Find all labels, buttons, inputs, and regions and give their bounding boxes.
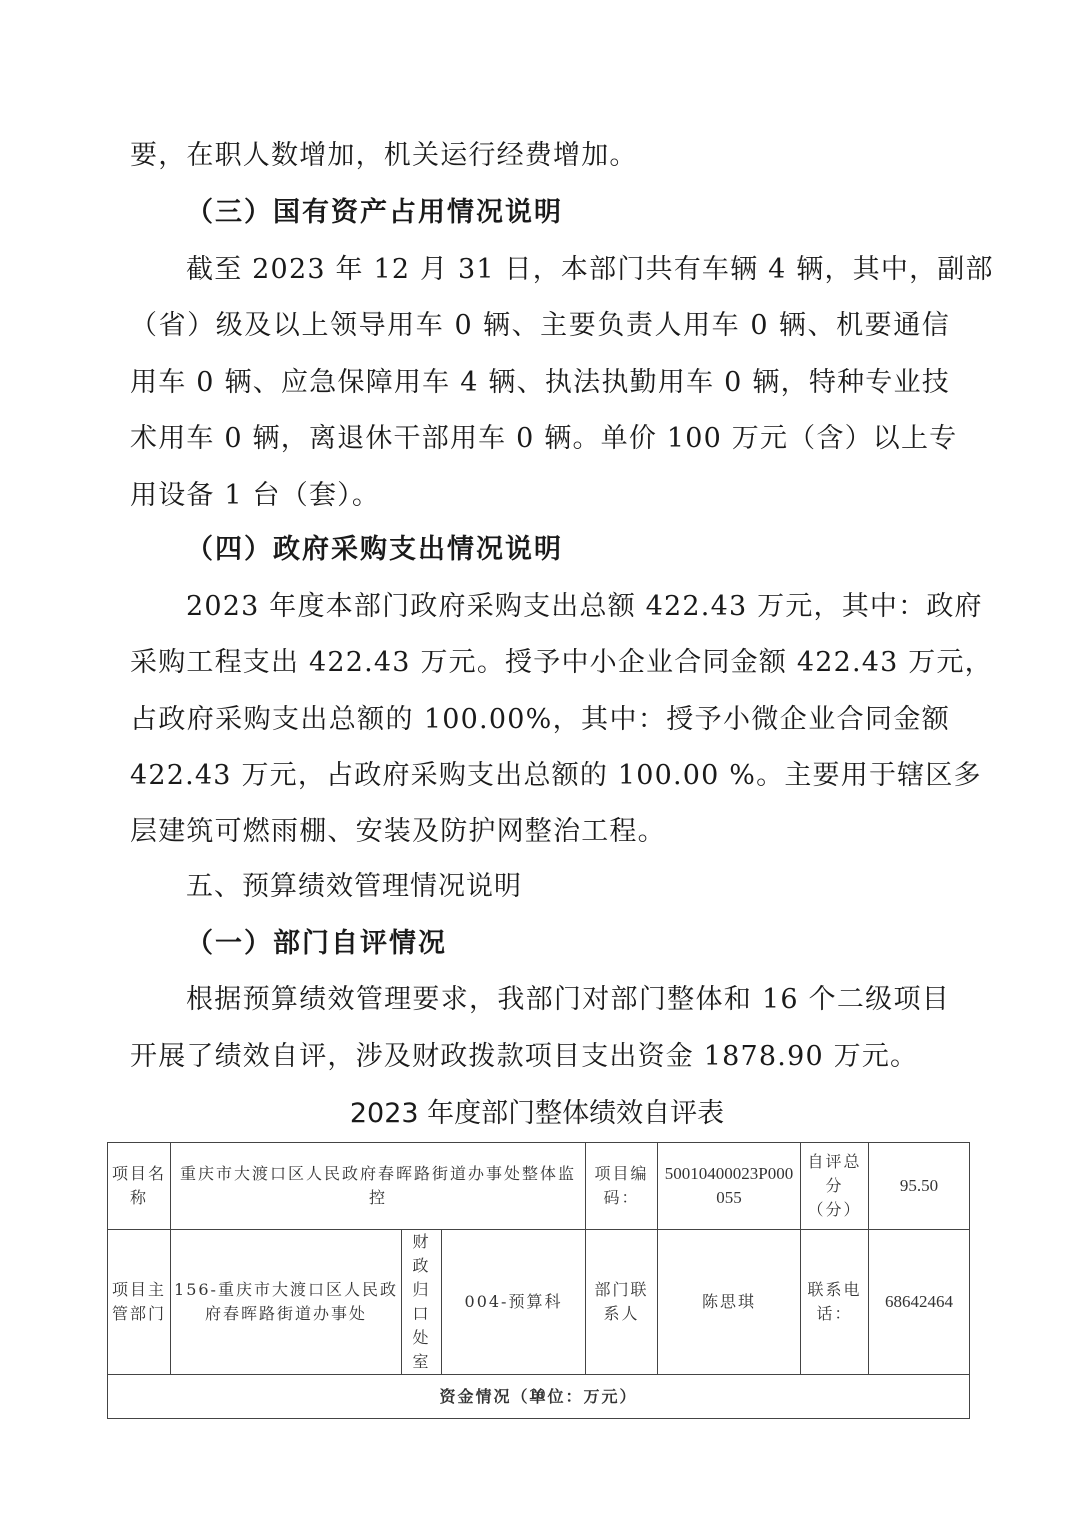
label-phone: 联系电话： <box>801 1230 869 1375</box>
section-4-line-2: 采购工程支出 422.43 万元。授予中小企业合同金额 422.43 万元， <box>130 643 950 683</box>
label-finance-office: 财政归口处室 <box>402 1230 442 1375</box>
contact-person: 陈思琪 <box>658 1230 801 1375</box>
page-number: 10 <box>0 1386 1074 1403</box>
section-3-line-1: 截至 2023 年 12 月 31 日，本部门共有车辆 4 辆，其中，副部 <box>186 250 950 290</box>
paragraph-continuation: 要，在职人数增加，机关运行经费增加。 <box>130 136 950 176</box>
section-4-line-1: 2023 年度本部门政府采购支出总额 422.43 万元，其中：政府 <box>186 587 950 627</box>
section-3-line-5: 用设备 1 台（套）。 <box>130 476 950 516</box>
label-contact: 部门联系人 <box>586 1230 658 1375</box>
table-row: 项目主管部门 156-重庆市大渡口区人民政府春晖路街道办事处 财政归口处室 00… <box>108 1230 970 1375</box>
self-score: 95.50 <box>869 1143 970 1230</box>
performance-evaluation-table: 项目名称 重庆市大渡口区人民政府春晖路街道办事处整体监控 项目编码： 50010… <box>107 1142 970 1419</box>
section-3-line-4: 术用车 0 辆，离退休干部用车 0 辆。单价 100 万元（含）以上专 <box>130 419 950 459</box>
table-row: 项目名称 重庆市大渡口区人民政府春晖路街道办事处整体监控 项目编码： 50010… <box>108 1143 970 1230</box>
label-dept: 项目主管部门 <box>108 1230 171 1375</box>
table-title: 2023 年度部门整体绩效自评表 <box>0 1094 1074 1134</box>
project-code: 50010400023P000055 <box>658 1143 801 1230</box>
project-name: 重庆市大渡口区人民政府春晖路街道办事处整体监控 <box>171 1143 586 1230</box>
section-3-heading: （三）国有资产占用情况说明 <box>186 193 1006 233</box>
section-4-line-5: 层建筑可燃雨棚、安装及防护网整治工程。 <box>130 812 950 852</box>
subsection-1-line-1: 根据预算绩效管理要求，我部门对部门整体和 16 个二级项目 <box>186 980 950 1020</box>
dept-name: 156-重庆市大渡口区人民政府春晖路街道办事处 <box>171 1230 402 1375</box>
section-3-line-2: （省）级及以上领导用车 0 辆、主要负责人用车 0 辆、机要通信 <box>130 306 950 346</box>
label-self-score: 自评总分（分） <box>801 1143 869 1230</box>
section-4-heading: （四）政府采购支出情况说明 <box>186 530 1006 570</box>
chapter-5-heading: 五、预算绩效管理情况说明 <box>186 867 1006 907</box>
subsection-1-line-2: 开展了绩效自评，涉及财政拨款项目支出资金 1878.90 万元。 <box>130 1037 950 1077</box>
section-3-line-3: 用车 0 辆、应急保障用车 4 辆、执法执勤用车 0 辆，特种专业技 <box>130 363 950 403</box>
section-4-line-3: 占政府采购支出总额的 100.00%，其中：授予小微企业合同金额 <box>130 700 950 740</box>
finance-office: 004-预算科 <box>442 1230 586 1375</box>
subsection-1-heading: （一）部门自评情况 <box>186 924 1006 964</box>
phone-number: 68642464 <box>869 1230 970 1375</box>
label-project-code: 项目编码： <box>586 1143 658 1230</box>
label-project-name: 项目名称 <box>108 1143 171 1230</box>
section-4-line-4: 422.43 万元，占政府采购支出总额的 100.00 %。主要用于辖区多 <box>130 756 950 796</box>
